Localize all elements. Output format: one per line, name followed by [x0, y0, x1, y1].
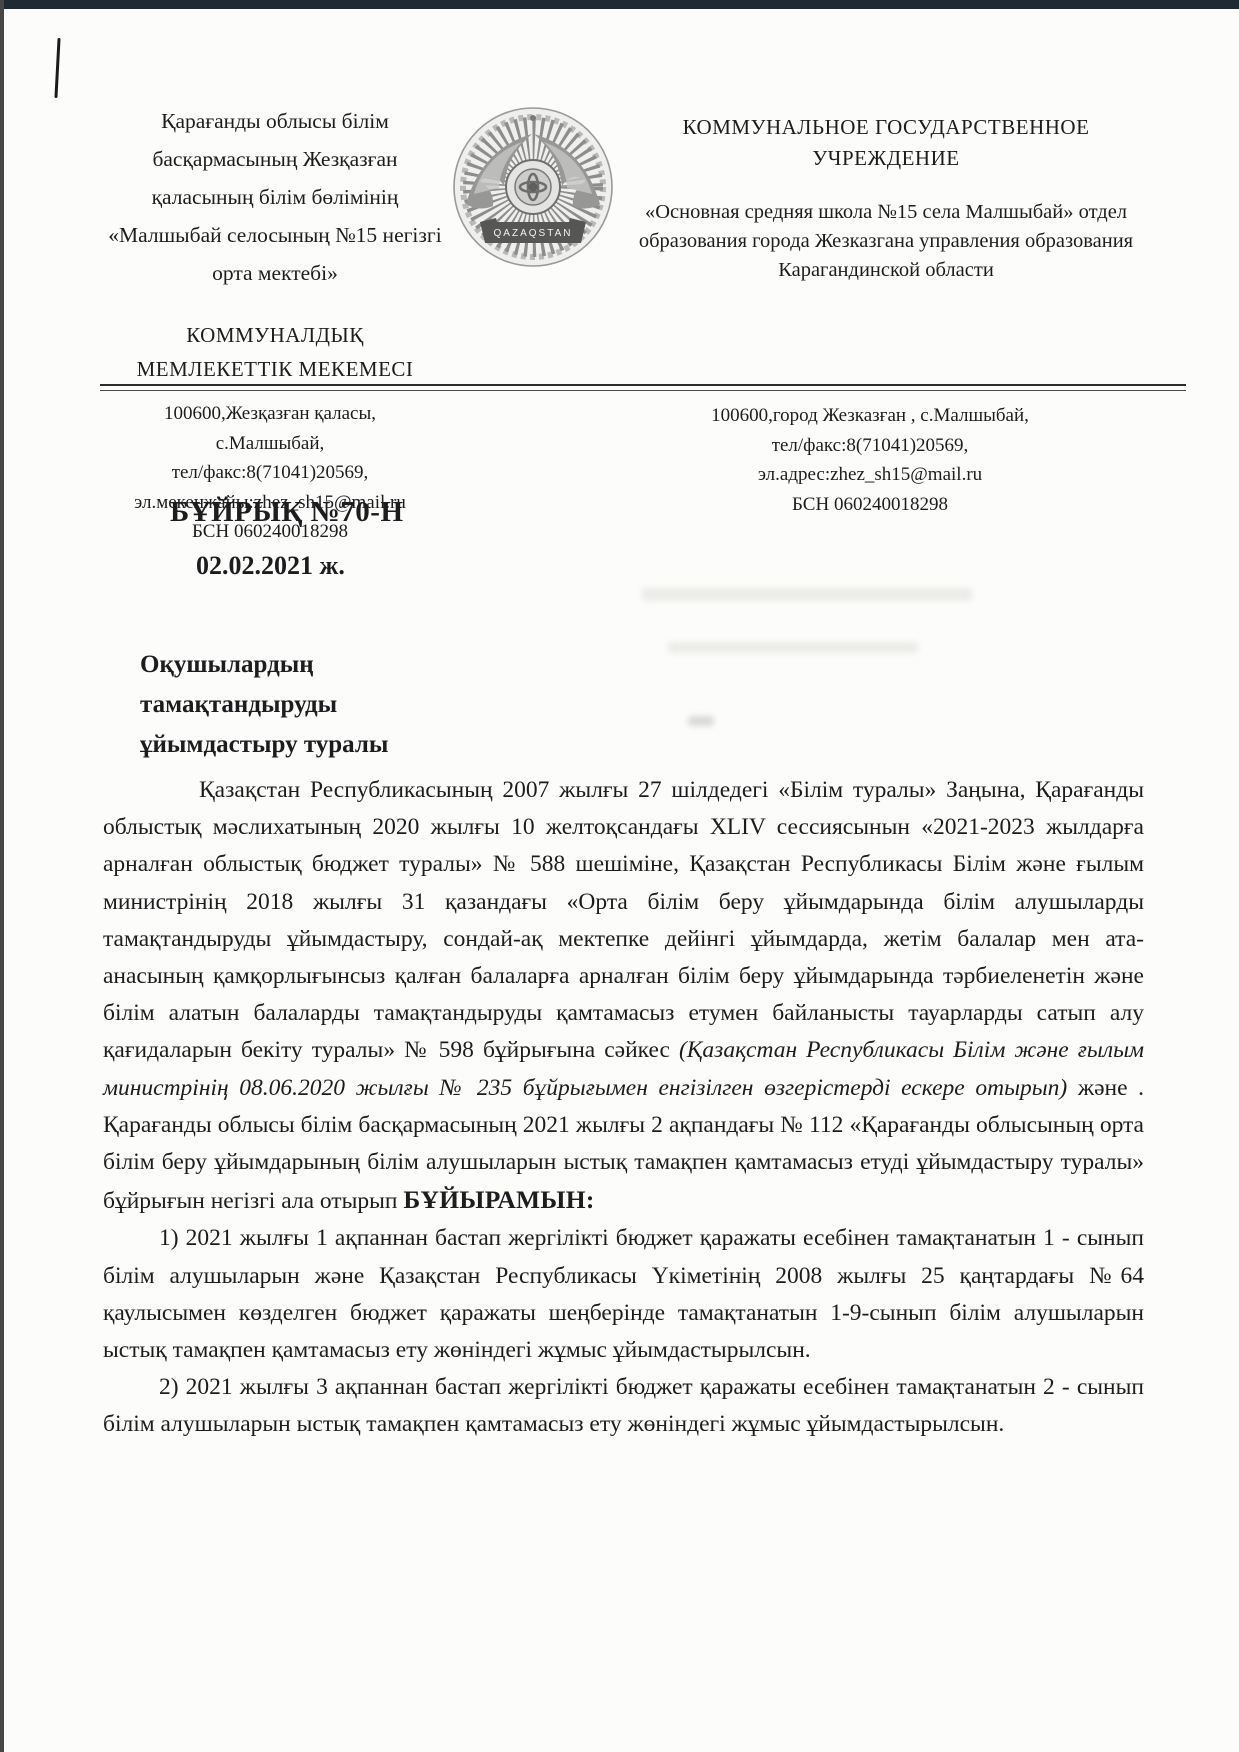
contact-line: тел/факс:8(71041)20569,	[630, 431, 1110, 461]
bleed-through-artifact	[668, 642, 918, 653]
subject-line: тамақтандыруды	[140, 685, 388, 725]
contact-line: 100600,город Жезказған , с.Малшыбай,	[630, 401, 1110, 431]
org-name-kazakh: Қарағанды облысы білім басқармасының Жез…	[108, 102, 442, 292]
contact-line: тел/факс:8(71041)20569,	[100, 458, 440, 488]
decree-word: БҰЙЫРАМЫН:	[403, 1185, 594, 1214]
emblem-banner-text: QAZAQSTAN	[494, 228, 573, 239]
subject-line: ұйымдастыру туралы	[140, 725, 388, 765]
bleed-through-artifact	[642, 588, 972, 601]
header-divider-line	[100, 384, 1186, 391]
preamble-normal-1: Қазақстан Республикасының 2007 жылғы 27 …	[103, 777, 1144, 1063]
order-item-1: 1) 2021 жылғы 1 ақпаннан бастап жергілік…	[103, 1220, 1144, 1369]
order-number: БҰЙРЫҚ №70-Н	[170, 496, 404, 529]
org-name-russian: «Основная средняя школа №15 села Малшыба…	[636, 198, 1136, 285]
order-item-2: 2) 2021 жылғы 3 ақпаннан бастап жергілік…	[103, 1369, 1144, 1443]
contact-line: эл.адрес:zhez_sh15@mail.ru	[630, 460, 1110, 490]
pen-mark	[54, 38, 60, 98]
contact-line: с.Малшыбай,	[100, 429, 440, 459]
scan-edge-left	[0, 0, 4, 1752]
bleed-through-artifact	[688, 716, 714, 726]
header-right-russian: КОММУНАЛЬНОЕ ГОСУДАРСТВЕННОЕ УЧРЕЖДЕНИЕ …	[636, 112, 1136, 285]
order-date: 02.02.2021 ж.	[196, 551, 345, 581]
order-body: Қазақстан Республикасының 2007 жылғы 27 …	[103, 772, 1144, 1444]
org-type-russian: КОММУНАЛЬНОЕ ГОСУДАРСТВЕННОЕ УЧРЕЖДЕНИЕ	[636, 112, 1136, 174]
org-type-kazakh: КОММУНАЛДЫҚ МЕМЛЕКЕТТІК МЕКЕМЕСІ	[108, 318, 442, 386]
subject-line: Оқушылардың	[140, 645, 388, 685]
scan-edge-top	[0, 0, 1239, 9]
emblem-svg: QAZAQSTAN	[452, 106, 614, 268]
preamble-paragraph: Қазақстан Республикасының 2007 жылғы 27 …	[103, 772, 1144, 1220]
contact-line: БСН 060240018298	[630, 490, 1110, 520]
header-left-kazakh: Қарағанды облысы білім басқармасының Жез…	[108, 102, 442, 386]
scanned-order-document: Қарағанды облысы білім басқармасының Жез…	[0, 0, 1239, 1752]
kazakhstan-state-emblem-icon: QAZAQSTAN	[452, 106, 614, 268]
contact-line: 100600,Жезқазған қаласы,	[100, 399, 440, 429]
contacts-russian: 100600,город Жезказған , с.Малшыбай, тел…	[630, 401, 1110, 519]
order-subject: Оқушылардың тамақтандыруды ұйымдастыру т…	[140, 645, 388, 765]
